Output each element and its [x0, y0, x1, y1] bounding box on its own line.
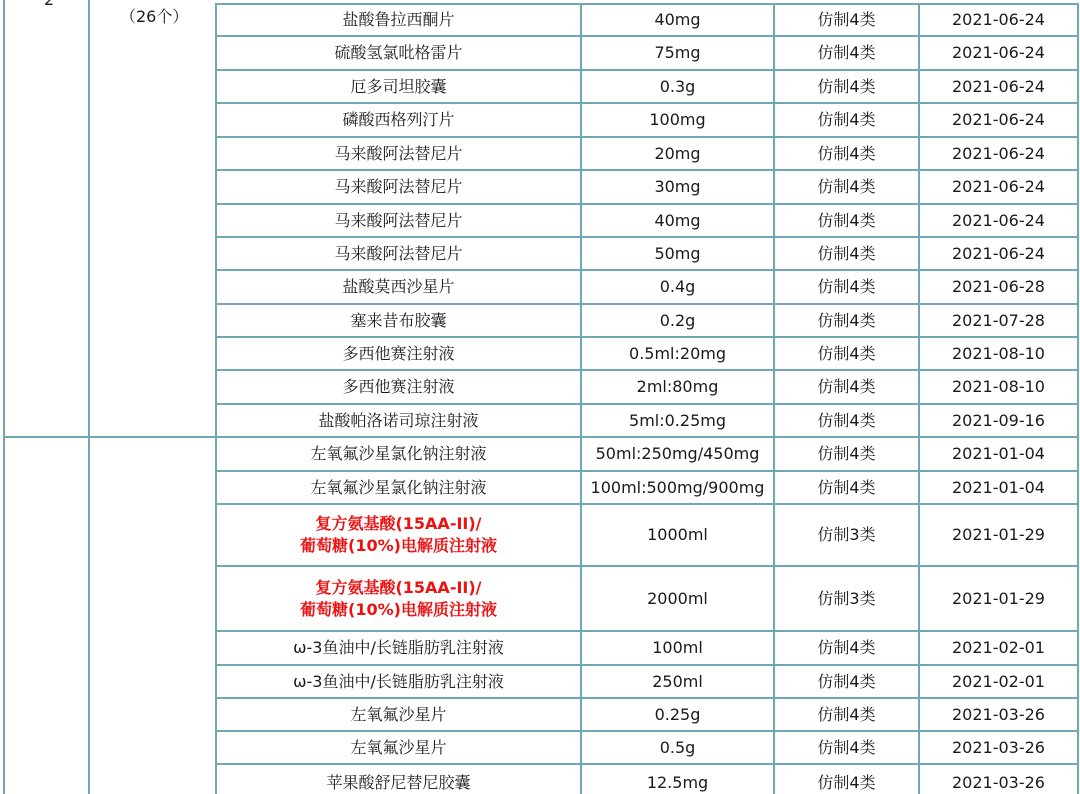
spec-cell: 100mg [582, 104, 773, 136]
approval-date-cell: 2021-06-24 [920, 104, 1077, 136]
approval-date-cell: 2021-01-29 [920, 567, 1077, 630]
approval-date-cell: 2021-07-28 [920, 305, 1077, 336]
spec-cell: 2000ml [582, 567, 773, 630]
drug-name-cell: 磷酸西格列汀片 [217, 104, 580, 136]
drug-name-cell: 复方氨基酸(15AA-II)/ 葡萄糖(10%)电解质注射液 [217, 567, 580, 630]
category-cell: 仿制4类 [775, 666, 918, 697]
spec-cell: 2ml:80mg [582, 371, 773, 403]
spec-cell: 30mg [582, 171, 773, 203]
spec-cell: 0.2g [582, 305, 773, 336]
column-border [1077, 3, 1079, 794]
drug-name-cell: 马来酸阿法替尼片 [217, 205, 580, 236]
column-border [88, 0, 90, 794]
spec-cell: 0.3g [582, 71, 773, 102]
drug-name-cell: ω-3鱼油中/长链脂肪乳注射液 [217, 632, 580, 664]
spec-cell: 75mg [582, 37, 773, 69]
spec-cell: 0.5g [582, 732, 773, 763]
approval-date-cell: 2021-06-28 [920, 271, 1077, 303]
drug-name-cell: 左氧氟沙星氯化钠注射液 [217, 438, 580, 470]
category-cell: 仿制4类 [775, 699, 918, 730]
approval-date-cell: 2021-08-10 [920, 338, 1077, 369]
approval-date-cell: 2021-06-24 [920, 71, 1077, 102]
category-cell: 仿制4类 [775, 438, 918, 470]
approval-date-cell: 2021-08-10 [920, 371, 1077, 403]
drug-name-cell: 马来酸阿法替尼片 [217, 138, 580, 169]
spec-cell: 0.25g [582, 699, 773, 730]
category-cell: 仿制4类 [775, 5, 918, 35]
spec-cell: 100ml:500mg/900mg [582, 472, 773, 503]
approval-date-cell: 2021-02-01 [920, 632, 1077, 664]
approval-date-cell: 2021-06-24 [920, 5, 1077, 35]
category-cell: 仿制4类 [775, 305, 918, 336]
group-index: 2 [44, 0, 54, 9]
spec-cell: 0.4g [582, 271, 773, 303]
approval-date-cell: 2021-06-24 [920, 37, 1077, 69]
approval-date-cell: 2021-09-16 [920, 405, 1077, 436]
group-border [3, 436, 215, 438]
category-cell: 仿制4类 [775, 371, 918, 403]
category-cell: 仿制4类 [775, 71, 918, 102]
column-border [3, 0, 5, 794]
drug-name-cell: 厄多司坦胶囊 [217, 71, 580, 102]
spec-cell: 50ml:250mg/450mg [582, 438, 773, 470]
spec-cell: 12.5mg [582, 765, 773, 794]
category-cell: 仿制4类 [775, 205, 918, 236]
category-cell: 仿制4类 [775, 338, 918, 369]
approval-date-cell: 2021-01-29 [920, 505, 1077, 565]
approval-date-cell: 2021-01-04 [920, 472, 1077, 503]
drug-name-cell: 马来酸阿法替尼片 [217, 171, 580, 203]
group-count: （26个） [120, 4, 188, 27]
approval-date-cell: 2021-06-24 [920, 138, 1077, 169]
category-cell: 仿制4类 [775, 37, 918, 69]
spec-cell: 1000ml [582, 505, 773, 565]
category-cell: 仿制4类 [775, 104, 918, 136]
drug-name-cell: 左氧氟沙星片 [217, 732, 580, 763]
approval-date-cell: 2021-06-24 [920, 238, 1077, 269]
spec-cell: 0.5ml:20mg [582, 338, 773, 369]
category-cell: 仿制4类 [775, 632, 918, 664]
spec-cell: 100ml [582, 632, 773, 664]
drug-name-cell: 塞来昔布胶囊 [217, 305, 580, 336]
category-cell: 仿制4类 [775, 732, 918, 763]
spec-cell: 50mg [582, 238, 773, 269]
approval-date-cell: 2021-02-01 [920, 666, 1077, 697]
category-cell: 仿制4类 [775, 238, 918, 269]
approval-date-cell: 2021-01-04 [920, 438, 1077, 470]
spec-cell: 40mg [582, 205, 773, 236]
category-cell: 仿制4类 [775, 405, 918, 436]
category-cell: 仿制4类 [775, 765, 918, 794]
approval-date-cell: 2021-06-24 [920, 171, 1077, 203]
drug-name-cell: 左氧氟沙星氯化钠注射液 [217, 472, 580, 503]
drug-name-cell: 多西他赛注射液 [217, 371, 580, 403]
drug-name-cell: 多西他赛注射液 [217, 338, 580, 369]
drug-name-cell: ω-3鱼油中/长链脂肪乳注射液 [217, 666, 580, 697]
category-cell: 仿制3类 [775, 505, 918, 565]
category-cell: 仿制4类 [775, 271, 918, 303]
category-cell: 仿制4类 [775, 138, 918, 169]
drug-name-cell: 马来酸阿法替尼片 [217, 238, 580, 269]
drug-name-cell: 盐酸鲁拉西酮片 [217, 5, 580, 35]
approval-date-cell: 2021-03-26 [920, 765, 1077, 794]
spec-cell: 250ml [582, 666, 773, 697]
approval-date-cell: 2021-03-26 [920, 699, 1077, 730]
drug-name-cell: 苹果酸舒尼替尼胶囊 [217, 765, 580, 794]
drug-name-cell: 复方氨基酸(15AA-II)/ 葡萄糖(10%)电解质注射液 [217, 505, 580, 565]
drug-name-cell: 左氧氟沙星片 [217, 699, 580, 730]
drug-name-cell: 硫酸氢氯吡格雷片 [217, 37, 580, 69]
category-cell: 仿制3类 [775, 567, 918, 630]
drug-name-cell: 盐酸帕洛诺司琼注射液 [217, 405, 580, 436]
spec-cell: 20mg [582, 138, 773, 169]
drug-name-cell: 盐酸莫西沙星片 [217, 271, 580, 303]
category-cell: 仿制4类 [775, 171, 918, 203]
approval-date-cell: 2021-06-24 [920, 205, 1077, 236]
approval-date-cell: 2021-03-26 [920, 732, 1077, 763]
spec-cell: 5ml:0.25mg [582, 405, 773, 436]
spec-cell: 40mg [582, 5, 773, 35]
category-cell: 仿制4类 [775, 472, 918, 503]
